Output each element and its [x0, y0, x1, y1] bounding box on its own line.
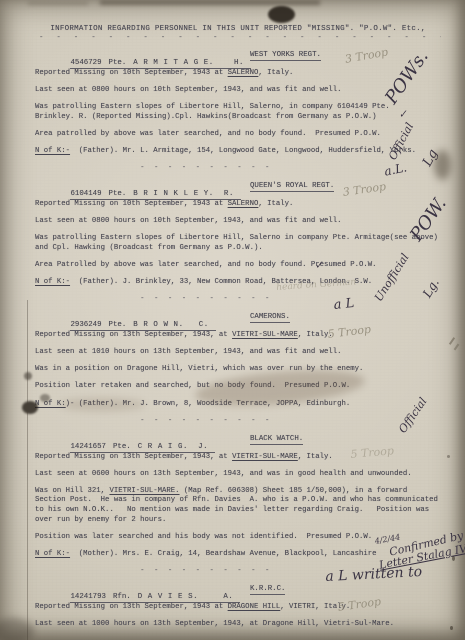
entry-paragraph: Area Patrolled by above was later search…	[35, 261, 441, 271]
rank: Rfn.	[113, 593, 131, 601]
scanned-document-page: INFORMATION REGARDING PERSONNEL IN THIS …	[0, 0, 465, 640]
entry-armitage: 4546729Pte.A R M I T A G E. H. WEST YORK…	[35, 51, 441, 172]
next-of-kin-line: N of K:)- (Father). Mr. J. Brown, 8, Woo…	[35, 400, 441, 410]
pen-mark	[454, 344, 460, 351]
dashed-separator: - - - - - - - - - -	[140, 295, 272, 303]
entry-paragraph: Last seen at 0800 hours on 10th Septembe…	[35, 217, 441, 227]
entry-paragraph: Reported Missing on 13th September, 1943…	[35, 603, 441, 613]
next-of-kin-line: N of K:- (Father). J. Brinkley, 33, New …	[35, 278, 441, 288]
soldier-name: B R O W N. C.	[133, 321, 209, 329]
corner-shadow	[0, 618, 34, 640]
entry-paragraph: Reported Missing on 10th September, 1943…	[35, 69, 441, 79]
entry-paragraph: Last seen at 1010 hours on 13th Septembe…	[35, 348, 441, 358]
pen-mark	[449, 337, 455, 345]
entry-paragraph: Reported Missing on 10th September, 1943…	[35, 200, 441, 210]
ink-blot	[268, 6, 295, 23]
rank: Pte.	[109, 321, 127, 329]
soldier-name: A R M I T A G E. H.	[133, 59, 244, 67]
service-number: 14241657	[70, 443, 105, 451]
entry-header: 6104149Pte.B R I N K L E Y. R. QUEEN'S R…	[35, 182, 441, 194]
title-underline: - - - - - - - - - - - - - - - - - - - - …	[39, 34, 441, 42]
service-number: 4546729	[70, 59, 101, 67]
ink-blot	[24, 372, 32, 380]
entry-paragraph: Position later retaken and searched, but…	[35, 382, 441, 392]
entry-header: 14241793Rfn.D A V I E S. A. K.R.R.C.	[35, 585, 441, 597]
regiment: K.R.R.C.	[250, 585, 285, 595]
entry-paragraph: Last seen at 1000 hours on 13th Septembe…	[35, 620, 441, 630]
next-of-kin-line: N of K:- (Mother). Mrs. E. Craig, 14, Be…	[35, 550, 441, 560]
dashed-separator: - - - - - - - - - -	[140, 417, 272, 425]
document-title: INFORMATION REGARDING PERSONNEL IN THIS …	[35, 25, 441, 33]
rank: Pte.	[113, 443, 131, 451]
speck	[450, 626, 453, 630]
typewritten-content: INFORMATION REGARDING PERSONNEL IN THIS …	[35, 25, 441, 637]
entry-paragraph: Was patrolling Eastern slopes of Liberto…	[35, 103, 441, 122]
entry-craig: 14241657Pte.C R A I G. J. BLACK WATCH. R…	[35, 435, 441, 575]
scan-edge-streak	[28, 2, 88, 5]
entry-header: 14241657Pte.C R A I G. J. BLACK WATCH.	[35, 435, 441, 447]
entry-paragraph: Last seen at 0800 hours on 10th Septembe…	[35, 86, 441, 96]
service-number: 2936249	[70, 321, 101, 329]
entry-paragraph: Last seen at 0600 hours on 13th Septembe…	[35, 470, 441, 480]
speck	[447, 455, 450, 458]
entry-paragraph: Was on Hill 321, VIETRI-SUL-MARE. (Map R…	[35, 487, 441, 525]
entry-paragraph: Area patrolled by above was later search…	[35, 130, 441, 140]
entry-paragraph: Reported Missing on 13th September, 1943…	[35, 453, 441, 463]
soldier-name: C R A I G. J.	[138, 443, 209, 451]
dashed-separator: - - - - - - - - - -	[140, 164, 272, 172]
entry-paragraph: Was in a position on Dragone Hill, Vietr…	[35, 365, 441, 375]
regiment: WEST YORKS REGT.	[250, 51, 321, 61]
speck	[452, 556, 455, 561]
service-number: 14241793	[70, 593, 105, 601]
entry-brown: 2936249Pte.B R O W N. C. CAMERONS. Repor…	[35, 313, 441, 424]
rank: Pte.	[109, 190, 127, 198]
page-fold-line	[27, 300, 28, 640]
entry-paragraph: Reported Missing on 13th September, 1943…	[35, 331, 441, 341]
entry-paragraph: Position was later searched and his body…	[35, 533, 441, 543]
regiment: BLACK WATCH.	[250, 435, 303, 445]
scan-edge-streak	[100, 0, 320, 5]
entry-paragraph: Was patrolling Eastern slopes of Liberto…	[35, 234, 441, 253]
regiment: CAMERONS.	[250, 313, 290, 323]
soldier-name: D A V I E S. A.	[138, 593, 234, 601]
entry-brinkley: 6104149Pte.B R I N K L E Y. R. QUEEN'S R…	[35, 182, 441, 303]
entry-davies: 14241793Rfn.D A V I E S. A. K.R.R.C. Rep…	[35, 585, 441, 630]
entry-header: 4546729Pte.A R M I T A G E. H. WEST YORK…	[35, 51, 441, 63]
regiment: QUEEN'S ROYAL REGT.	[250, 182, 334, 192]
rank: Pte.	[109, 59, 127, 67]
entry-header: 2936249Pte.B R O W N. C. CAMERONS.	[35, 313, 441, 325]
next-of-kin-line: N of K:- (Father). Mr. L. Armitage, 154,…	[35, 147, 441, 157]
dashed-separator: - - - - - - - - - -	[140, 567, 272, 575]
service-number: 6104149	[70, 190, 101, 198]
soldier-name: B R I N K L E Y. R.	[133, 190, 234, 198]
